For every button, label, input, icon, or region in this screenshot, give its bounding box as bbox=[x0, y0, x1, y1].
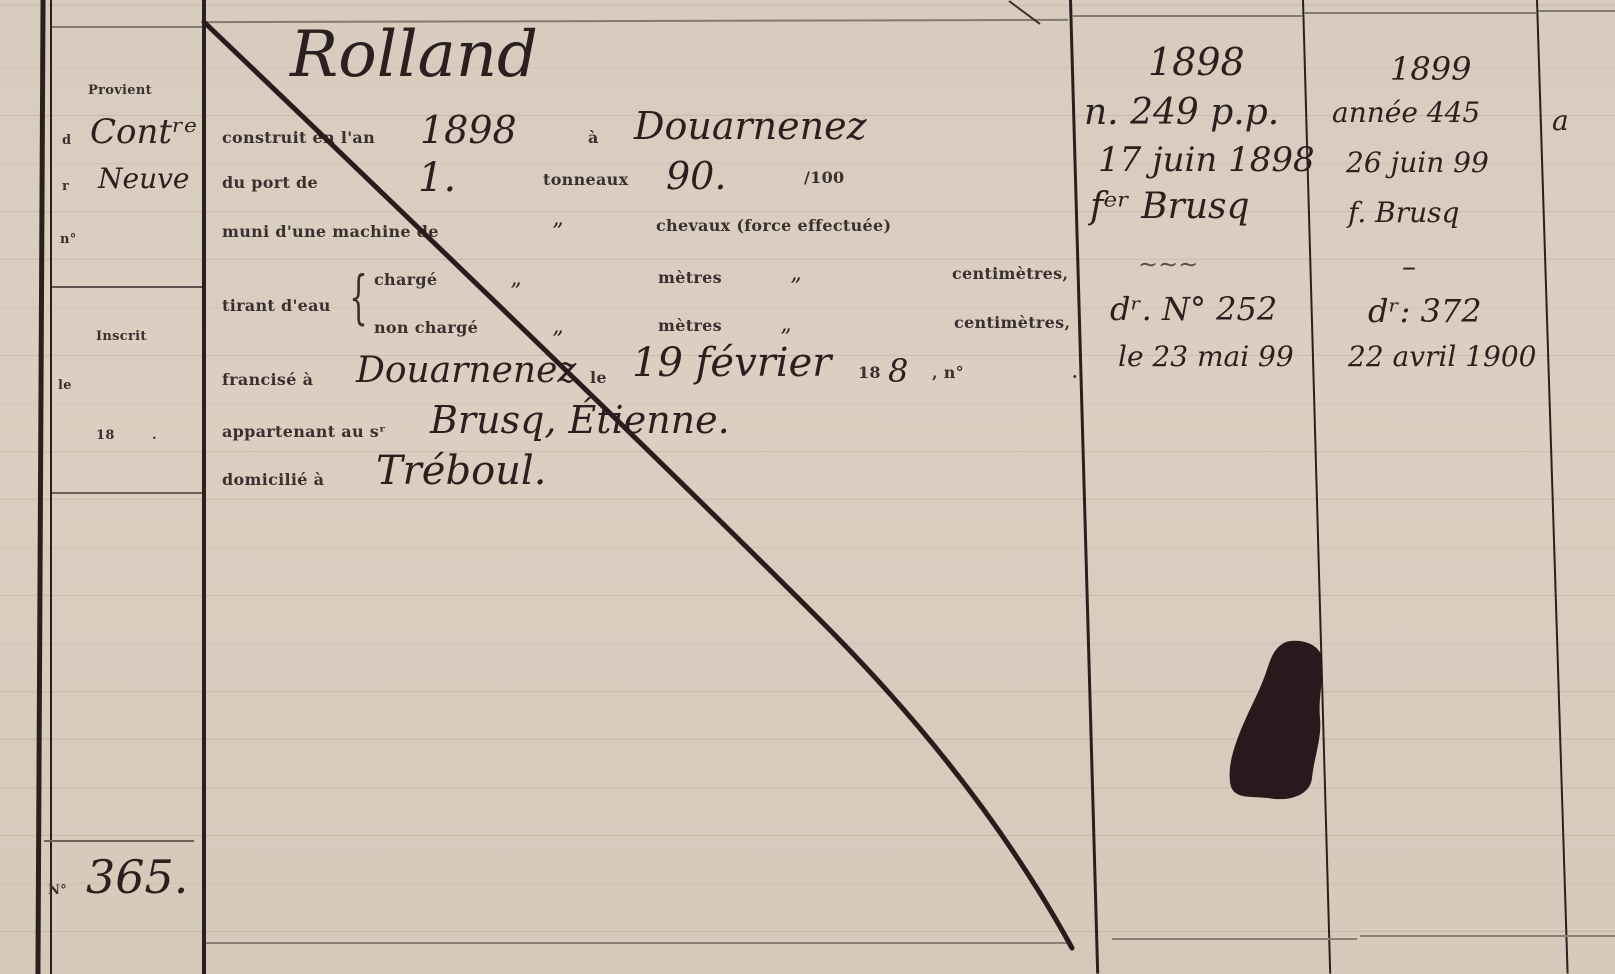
col1898-line4: dʳ. N° 252 bbox=[1110, 290, 1277, 328]
appartenant-label: appartenant au sʳ bbox=[222, 422, 386, 441]
col1899-line4: dʳ: 372 bbox=[1368, 292, 1482, 330]
construit-label: construit en l'an bbox=[222, 128, 375, 147]
machine-value: ” bbox=[552, 220, 563, 245]
left-rule-2 bbox=[52, 492, 202, 494]
construit-a-label: à bbox=[588, 128, 599, 147]
charge-value: ” bbox=[510, 280, 521, 305]
far-right-partial-mark: a bbox=[1552, 104, 1569, 137]
tonneaux-label: tonneaux bbox=[543, 170, 628, 189]
col1899-year: 1899 bbox=[1390, 50, 1471, 88]
bottom-rule-col2 bbox=[1360, 935, 1615, 937]
ink-blot bbox=[1228, 638, 1324, 803]
francise-year-suffix: 8 bbox=[888, 352, 908, 390]
top-rule-left bbox=[52, 26, 202, 28]
top-rule-col3 bbox=[1538, 10, 1615, 12]
bottom-rule-col1 bbox=[1112, 938, 1357, 940]
tonneaux-fraction: /100 bbox=[804, 168, 844, 187]
inscrit-year-prefix: 18 bbox=[96, 428, 115, 443]
ship-name: Rolland bbox=[290, 18, 538, 92]
top-rule-col2 bbox=[1304, 12, 1536, 14]
domicilie-label: domicilié à bbox=[222, 470, 324, 489]
col1898-line3: fᵉʳ Brusq bbox=[1090, 186, 1250, 227]
col1899-line3: f. Brusq bbox=[1348, 196, 1459, 229]
col1898-line1: n. 249 p.p. bbox=[1084, 92, 1279, 133]
francise-le-label: le bbox=[590, 368, 607, 387]
centimetres-label-2: centimètres, bbox=[954, 313, 1070, 332]
left-rule-3 bbox=[44, 840, 194, 842]
left-rule-1 bbox=[52, 286, 202, 288]
tirant-label: tirant d'eau bbox=[222, 296, 331, 315]
machine-label: muni d'une machine de bbox=[222, 222, 439, 241]
francise-label: francisé à bbox=[222, 370, 313, 389]
tonneaux-value: 90. bbox=[666, 154, 726, 198]
left-border-inner bbox=[50, 0, 52, 974]
r-value: Neuve bbox=[98, 162, 190, 195]
francise-date: 19 février bbox=[632, 340, 831, 386]
r-label: r bbox=[62, 179, 69, 194]
le-label: le bbox=[58, 378, 72, 393]
register-number: 365. bbox=[86, 850, 188, 904]
top-rule-col1 bbox=[1072, 15, 1302, 17]
domicile-place: Tréboul. bbox=[376, 448, 546, 494]
port-value: 1. bbox=[418, 155, 456, 201]
col1899-dash: – bbox=[1402, 250, 1416, 283]
owner-name: Brusq, Étienne. bbox=[430, 398, 730, 442]
metres-label-2: mètres bbox=[658, 316, 722, 335]
inscrit-year-suffix: . bbox=[152, 428, 157, 443]
n-label: n° bbox=[60, 232, 77, 247]
construit-year: 1898 bbox=[420, 108, 517, 152]
d-value: Contʳᵉ bbox=[90, 112, 197, 152]
col1899-line1: année 445 bbox=[1332, 96, 1480, 129]
port-label: du port de bbox=[222, 173, 318, 192]
tirant-brace: { bbox=[349, 268, 367, 326]
col1899-line5: 22 avril 1900 bbox=[1348, 340, 1537, 373]
metres-value-1: ” bbox=[790, 275, 801, 300]
francise-year-prefix: 18 bbox=[858, 363, 881, 382]
provient-label: Provient bbox=[88, 83, 152, 98]
francise-n-label: , n° bbox=[932, 363, 964, 382]
charge-label: chargé bbox=[374, 270, 437, 289]
d-label: d bbox=[62, 133, 71, 148]
inscrit-label: Inscrit bbox=[96, 329, 147, 344]
number-label: N° bbox=[48, 883, 67, 898]
col1898-line5: le 23 mai 99 bbox=[1118, 340, 1294, 373]
col1898-dash: ∼∼∼ bbox=[1138, 250, 1198, 278]
column-divider-1 bbox=[202, 0, 206, 974]
centimetres-label-1: centimètres, bbox=[952, 264, 1068, 283]
construit-place: Douarnenez bbox=[634, 104, 867, 148]
col1898-year: 1898 bbox=[1148, 40, 1245, 84]
bottom-rule-main bbox=[206, 942, 1068, 944]
col1899-line2: 26 juin 99 bbox=[1346, 146, 1489, 179]
col1898-line2: 17 juin 1898 bbox=[1098, 140, 1315, 180]
chevaux-label: chevaux (force effectuée) bbox=[656, 216, 891, 235]
metres-label-1: mètres bbox=[658, 268, 722, 287]
francise-n-value: . bbox=[1072, 363, 1078, 382]
francise-place: Douarnenez bbox=[356, 350, 576, 391]
non-charge-label: non chargé bbox=[374, 318, 478, 337]
